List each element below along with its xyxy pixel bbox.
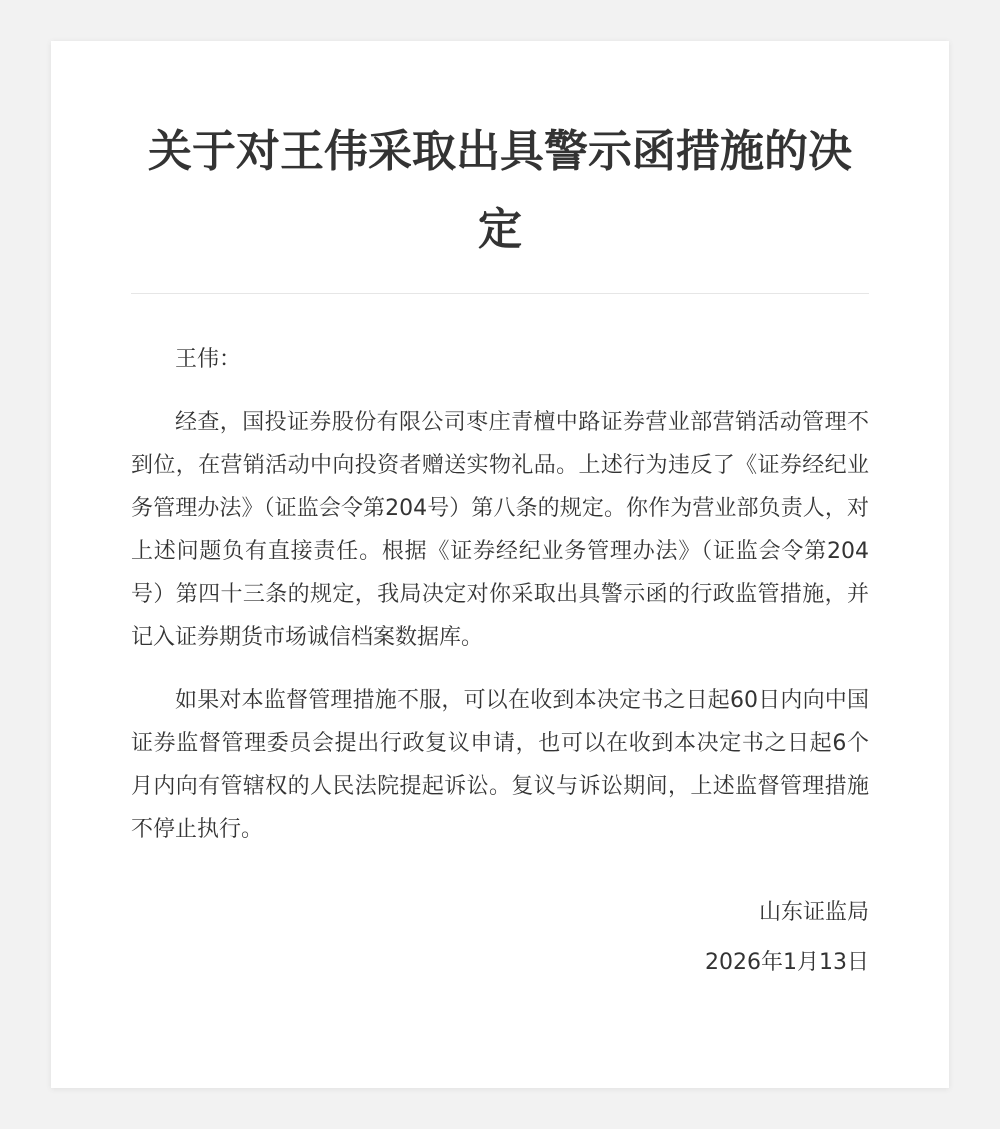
document-title: 关于对王伟采取出具警示函措施的决定 xyxy=(131,41,869,269)
salutation: 王伟： xyxy=(131,338,869,381)
document-card: 关于对王伟采取出具警示函措施的决定 王伟： 经查，国投证券股份有限公司枣庄青檀中… xyxy=(51,41,949,1088)
signature-block: 山东证监局 2026年1月13日 xyxy=(131,891,869,984)
paragraph-findings: 经查，国投证券股份有限公司枣庄青檀中路证券营业部营销活动管理不到位，在营销活动中… xyxy=(131,401,869,659)
paragraph-appeal-rights: 如果对本监督管理措施不服，可以在收到本决定书之日起60日内向中国证券监督管理委员… xyxy=(131,679,869,851)
document-body: 王伟： 经查，国投证券股份有限公司枣庄青檀中路证券营业部营销活动管理不到位，在营… xyxy=(131,338,869,851)
issue-date: 2026年1月13日 xyxy=(131,941,869,984)
issuer-name: 山东证监局 xyxy=(131,891,869,934)
title-divider xyxy=(131,293,869,294)
